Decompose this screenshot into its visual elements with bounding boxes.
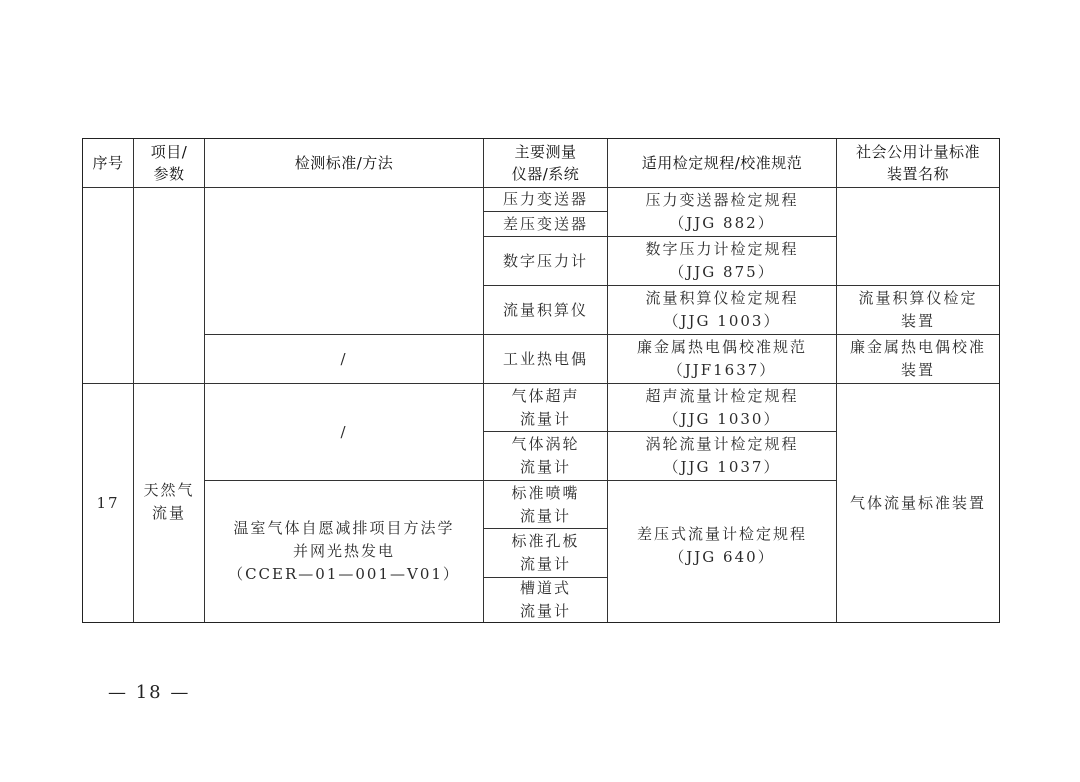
instrument-cell: 标准喷嘴 流量计 <box>483 480 608 529</box>
regulation-jjg1037: 涡轮流量计检定规程 （JJG 1037） <box>645 433 798 479</box>
instrument-cell: 气体超声 流量计 <box>483 383 608 432</box>
standard-device-cell: 流量积算仪检定 装置 <box>836 285 1000 335</box>
row17-method-cell-2: 温室气体自愿减排项目方法学 并网光热发电 （CCER—01—001—V01） <box>204 480 484 623</box>
standard-device-totalizer: 流量积算仪检定 装置 <box>858 287 977 333</box>
row17-seq-cell: 17 <box>82 383 134 623</box>
cont-method-2: / <box>340 348 347 371</box>
row17-item: 天然气 流量 <box>143 479 194 525</box>
instrument-turbine-flowmeter: 气体涡轮 流量计 <box>511 433 579 479</box>
header-seq: 序号 <box>82 138 134 188</box>
cont-method-cell-1 <box>204 187 484 335</box>
header-method: 检测标准/方法 <box>204 138 484 188</box>
standard-device-cell <box>836 187 1000 286</box>
standard-device-thermocouple: 廉金属热电偶校准 装置 <box>850 336 986 382</box>
regulation-jjg1003: 流量积算仪检定规程 （JJG 1003） <box>645 287 798 333</box>
row17-method-cell-1: / <box>204 383 484 481</box>
instrument-orifice-flowmeter: 标准孔板 流量计 <box>511 530 579 576</box>
instrument-cell: 槽道式 流量计 <box>483 577 608 623</box>
instrument-cell: 工业热电偶 <box>483 334 608 384</box>
instrument-digital-pressure-gauge: 数字压力计 <box>503 250 588 273</box>
header-item: 项目/ 参数 <box>133 138 205 188</box>
instrument-cell: 数字压力计 <box>483 236 608 286</box>
row17-seq: 17 <box>96 492 119 515</box>
header-instrument-label: 主要测量 仪器/系统 <box>512 141 580 185</box>
header-seq-label: 序号 <box>92 152 123 174</box>
row17-standard-device-cell: 气体流量标准装置 <box>836 383 1000 623</box>
instrument-diff-pressure-transmitter: 差压变送器 <box>503 213 588 236</box>
regulation-jjg640: 差压式流量计检定规程 （JJG 640） <box>637 523 807 569</box>
cont-item-cell <box>133 187 205 384</box>
regulation-jjg1030: 超声流量计检定规程 （JJG 1030） <box>645 385 798 431</box>
standard-device-gas-flow: 气体流量标准装置 <box>850 492 986 515</box>
regulation-jjf1637: 廉金属热电偶校准规范 （JJF1637） <box>637 336 807 382</box>
regulation-jjg875: 数字压力计检定规程 （JJG 875） <box>645 238 798 284</box>
cont-method-cell-2: / <box>204 334 484 384</box>
header-instrument: 主要测量 仪器/系统 <box>483 138 608 188</box>
row17-item-cell: 天然气 流量 <box>133 383 205 623</box>
instrument-thermocouple: 工业热电偶 <box>503 348 588 371</box>
header-standard-device-label: 社会公用计量标准 装置名称 <box>856 141 980 185</box>
instrument-cell: 气体涡轮 流量计 <box>483 431 608 481</box>
header-item-label: 项目/ 参数 <box>151 141 188 185</box>
regulation-jjg882: 压力变送器检定规程 （JJG 882） <box>645 189 798 235</box>
metrology-table: 序号 项目/ 参数 检测标准/方法 主要测量 仪器/系统 适用检定规程/校准规范… <box>82 138 1000 623</box>
instrument-ultrasonic-flowmeter: 气体超声 流量计 <box>511 385 579 431</box>
header-regulation: 适用检定规程/校准规范 <box>607 138 837 188</box>
instrument-channel-flowmeter: 槽道式 流量计 <box>520 577 571 623</box>
instrument-cell: 流量积算仪 <box>483 285 608 335</box>
regulation-cell: 涡轮流量计检定规程 （JJG 1037） <box>607 431 837 481</box>
regulation-cell: 数字压力计检定规程 （JJG 875） <box>607 236 837 286</box>
document-page: 序号 项目/ 参数 检测标准/方法 主要测量 仪器/系统 适用检定规程/校准规范… <box>0 0 1080 782</box>
regulation-cell: 廉金属热电偶校准规范 （JJF1637） <box>607 334 837 384</box>
instrument-cell: 压力变送器 <box>483 187 608 212</box>
regulation-cell: 超声流量计检定规程 （JJG 1030） <box>607 383 837 432</box>
instrument-flow-totalizer: 流量积算仪 <box>503 299 588 322</box>
instrument-cell: 差压变送器 <box>483 211 608 237</box>
regulation-cell: 压力变送器检定规程 （JJG 882） <box>607 187 837 237</box>
instrument-cell: 标准孔板 流量计 <box>483 528 608 578</box>
cont-seq-cell <box>82 187 134 384</box>
page-number: — 18 — <box>108 682 190 703</box>
instrument-nozzle-flowmeter: 标准喷嘴 流量计 <box>511 482 579 528</box>
regulation-cell: 差压式流量计检定规程 （JJG 640） <box>607 480 837 623</box>
row17-method-ccer: 温室气体自愿减排项目方法学 并网光热发电 （CCER—01—001—V01） <box>228 517 460 586</box>
row17-method-none: / <box>340 421 347 444</box>
standard-device-cell: 廉金属热电偶校准 装置 <box>836 334 1000 384</box>
header-regulation-label: 适用检定规程/校准规范 <box>642 152 803 174</box>
regulation-cell: 流量积算仪检定规程 （JJG 1003） <box>607 285 837 335</box>
header-method-label: 检测标准/方法 <box>295 152 394 174</box>
instrument-pressure-transmitter: 压力变送器 <box>503 188 588 211</box>
header-standard-device: 社会公用计量标准 装置名称 <box>836 138 1000 188</box>
